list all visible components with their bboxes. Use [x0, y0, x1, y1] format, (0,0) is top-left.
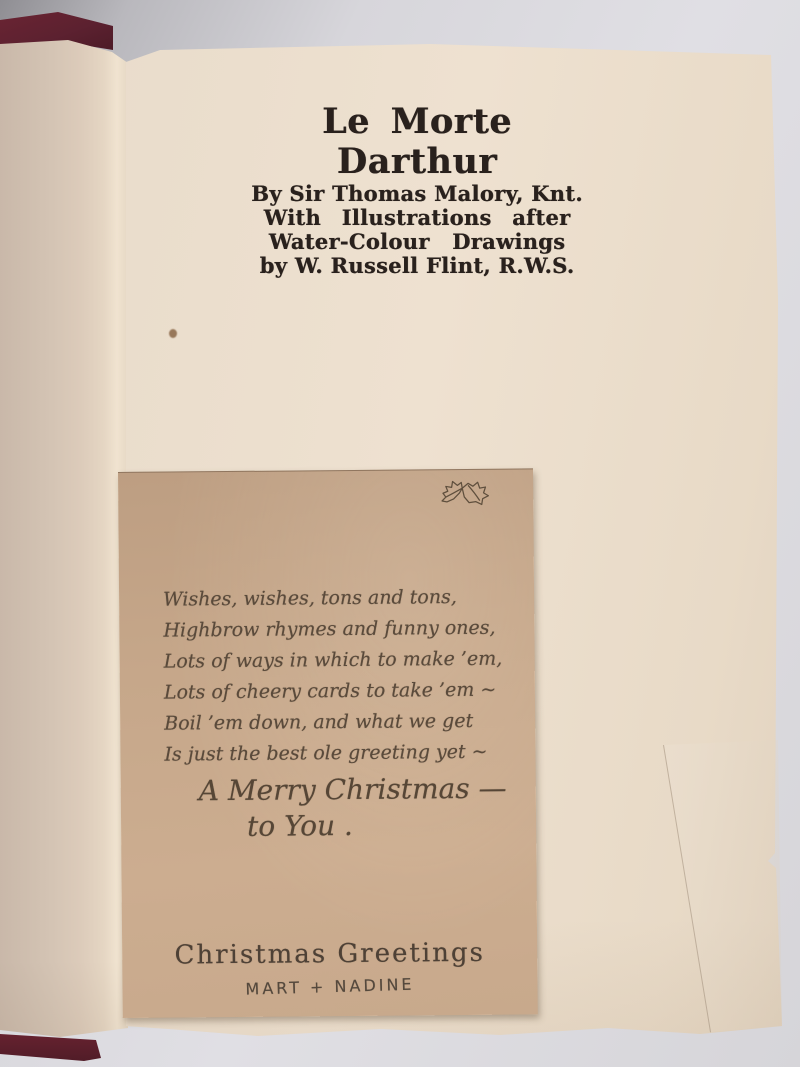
foxing-spot [169, 329, 177, 338]
book-author-line: By Sir Thomas Malory, Knt. [242, 182, 592, 206]
book-title: Le Morte Darthur [242, 102, 592, 182]
card-printed-greeting: Christmas Greetings [122, 937, 537, 971]
card-closing-script-2: to You . [247, 809, 353, 843]
card-poem: Wishes, wishes, tons and tons, Highbrow … [163, 582, 505, 771]
title-text-block: Le Morte Darthur By Sir Thomas Malory, K… [242, 102, 592, 278]
card-closing-script: A Merry Christmas — [199, 772, 507, 808]
poem-line: Lots of ways in which to make ’em, [164, 644, 504, 678]
book-drawings-line: Water-Colour Drawings [242, 230, 592, 254]
christmas-card: Wishes, wishes, tons and tons, Highbrow … [118, 468, 538, 1018]
book-illustrator-line: by W. Russell Flint, R.W.S. [242, 254, 592, 278]
holly-leaves-icon [436, 475, 494, 516]
left-page [0, 0, 130, 1067]
poem-line: Lots of cheery cards to take ’em ~ [164, 675, 504, 709]
book-illustrations-line: With Illustrations after [242, 206, 592, 230]
poem-line: Highbrow rhymes and funny ones, [163, 613, 503, 647]
poem-line: Wishes, wishes, tons and tons, [163, 582, 503, 616]
handwritten-signature: MART + NADINE [122, 971, 537, 1002]
poem-line: Boil ’em down, and what we get [164, 706, 504, 740]
poem-line: Is just the best ole greeting yet ~ [164, 737, 504, 771]
